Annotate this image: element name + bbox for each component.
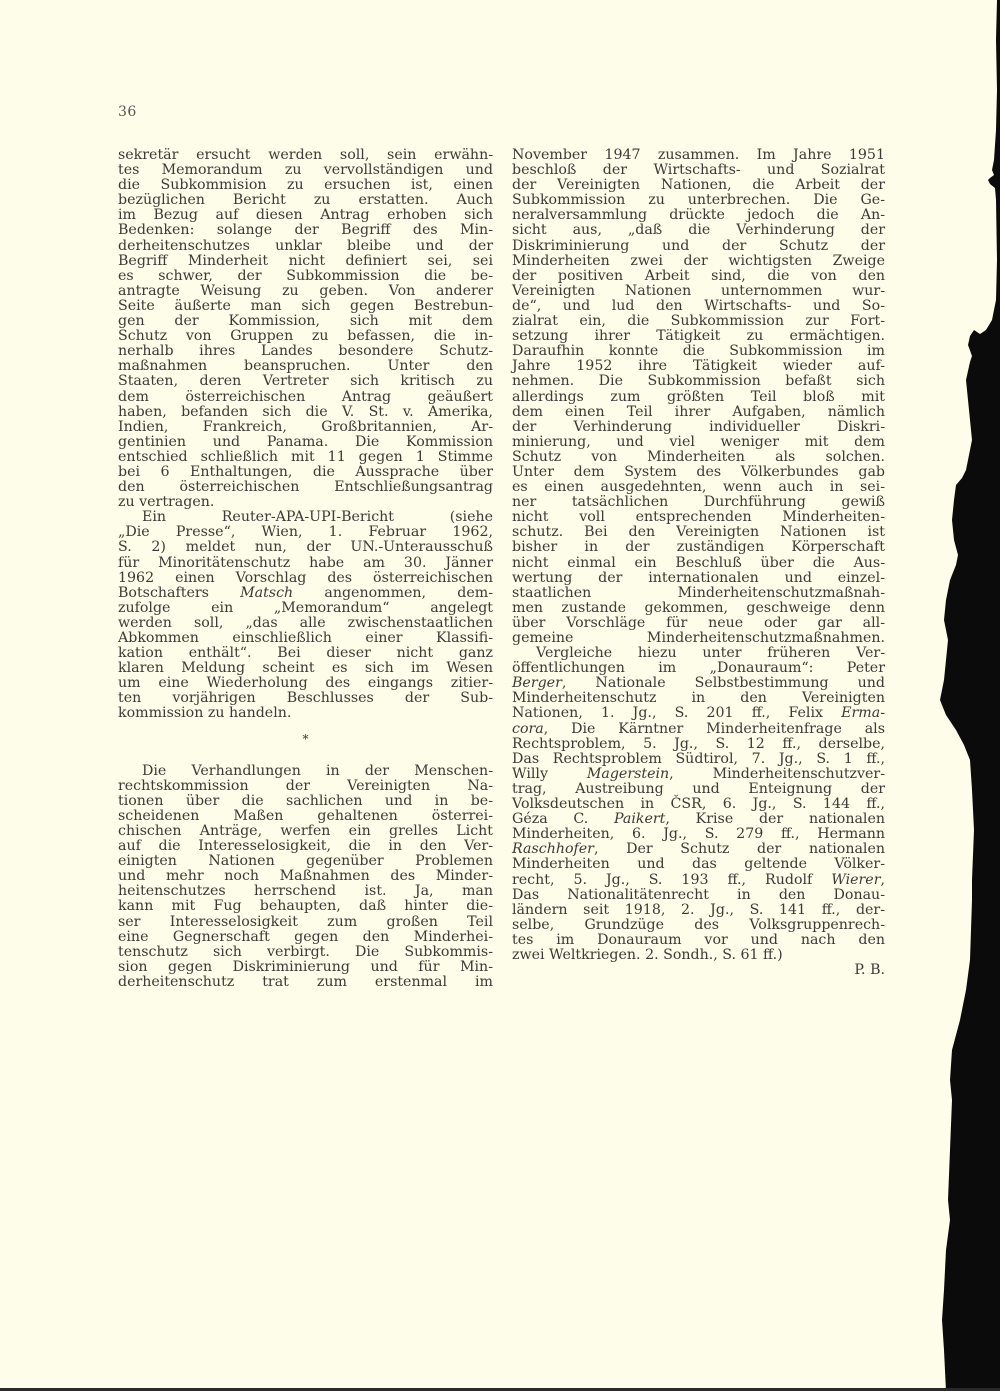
text-line: sekretär ersucht werden soll, sein erwäh…	[118, 148, 493, 163]
text-line: nehmen. Die Subkommission befaßt sich	[512, 374, 885, 389]
text-line: zufolge ein „Memorandum“ angelegt	[118, 601, 493, 616]
text-line: wertung der internationalen und einzel-	[512, 571, 885, 586]
text-line: scheidenen Maßen gehaltenen österrei-	[118, 809, 493, 824]
text-line: Willy Magerstein, Minderheitenschutzver-	[512, 767, 885, 782]
text-fragment: , Krise der nationalen	[665, 811, 885, 827]
author-name: Erma-	[841, 705, 885, 721]
text-line: bei 6 Enthaltungen, die Aussprache über	[118, 465, 493, 480]
text-line: zwei Weltkriegen. 2. Sondh., S. 61 ff.)	[512, 948, 885, 963]
author-name: Raschhofer	[512, 841, 594, 857]
text-line: ser Interesselosigkeit zum großen Teil	[118, 915, 493, 930]
section-divider-asterisk: *	[118, 734, 493, 744]
text-line: einigten Nationen gegenüber Problemen	[118, 854, 493, 869]
text-line: ner tatsächlichen Durchführung gewiß	[512, 495, 885, 510]
text-line: Minderheiten zwei der wichtigsten Zweige	[512, 254, 885, 269]
text-line: tes Memorandum zu vervollständigen und	[118, 163, 493, 178]
text-line: Jahre 1952 ihre Tätigkeit wieder auf-	[512, 359, 885, 374]
text-line: S. 2) meldet nun, der UN.-Unterausschuß	[118, 540, 493, 555]
text-line: selbe, Grundzüge des Volksgruppenrech-	[512, 918, 885, 933]
text-line: über Vorschläge für neue oder gar all-	[512, 616, 885, 631]
text-line: ten vorjährigen Beschlusses der Sub-	[118, 691, 493, 706]
text-line: Géza C. Paikert, Krise der nationalen	[512, 812, 885, 827]
text-line: Unter dem System des Völkerbundes gab	[512, 465, 885, 480]
text-line: trag, Austreibung und Enteignung der	[512, 782, 885, 797]
text-line: Minderheiten und das geltende Völker-	[512, 857, 885, 872]
text-line: entschied schließlich mit 11 gegen 1 Sti…	[118, 450, 493, 465]
text-line: „Die Presse“, Wien, 1. Februar 1962,	[118, 525, 493, 540]
text-line: dem einen Teil ihrer Aufgaben, nämlich	[512, 405, 885, 420]
text-line: der positiven Arbeit sind, die von den	[512, 269, 885, 284]
text-line: sion gegen Diskriminierung und für Min-	[118, 960, 493, 975]
text-line: cora, Die Kärntner Minderheitenfrage als	[512, 722, 885, 737]
author-name: Wierer	[831, 872, 880, 888]
text-line: um eine Wiederholung des eingangs zitier…	[118, 676, 493, 691]
text-line: kann mit Fug behaupten, daß hinter die-	[118, 899, 493, 914]
text-line: beschloß der Wirtschafts- und Sozialrat	[512, 163, 885, 178]
text-fragment: Géza C.	[512, 811, 614, 827]
text-line: 1962 einen Vorschlag des österreichische…	[118, 571, 493, 586]
footnote-references: Vergleiche hiezu unter früheren Ver- öff…	[512, 646, 885, 963]
text-line: Rechtsproblem, 5. Jg., S. 12 ff., dersel…	[512, 737, 885, 752]
text-line: den österreichischen Entschließungsantra…	[118, 480, 493, 495]
text-line: zialrat ein, die Subkommission zur Fort-	[512, 314, 885, 329]
text-fragment: , Nationale Selbstbestimmung und	[562, 675, 885, 691]
text-line: men zustande gekommen, geschweige denn	[512, 601, 885, 616]
paragraph-3: Die Verhandlungen in der Menschen- recht…	[118, 764, 493, 990]
text-line: chischen Anträge, werfen ein grelles Lic…	[118, 824, 493, 839]
text-line: Das Rechtsproblem Südtirol, 7. Jg., S. 1…	[512, 752, 885, 767]
text-line: es schwer, der Subkommission die be-	[118, 269, 493, 284]
text-line: haben, befanden sich die V. St. v. Ameri…	[118, 405, 493, 420]
text-line: setzung ihrer Tätigkeit zu ermächtigen.	[512, 329, 885, 344]
text-line: bisher in der zuständigen Körperschaft	[512, 540, 885, 555]
text-line: nicht einmal ein Beschluß über die Aus-	[512, 556, 885, 571]
text-line: die Subkommision zu ersuchen ist, einen	[118, 178, 493, 193]
text-line: Volksdeutschen in ČSR, 6. Jg., S. 144 ff…	[512, 797, 885, 812]
text-line: Indien, Frankreich, Großbritannien, Ar-	[118, 420, 493, 435]
text-line: Minderheitenschutz in den Vereinigten	[512, 691, 885, 706]
text-line: maßnahmen beanspruchen. Unter den	[118, 359, 493, 374]
text-line: Diskriminierung und der Schutz der	[512, 239, 885, 254]
text-fragment: recht, 5. Jg., S. 193 ff., Rudolf	[512, 872, 831, 888]
text-line: und mehr noch Maßnahmen des Minder-	[118, 869, 493, 884]
torn-page-edge	[900, 0, 1000, 1391]
author-name: Magerstein	[587, 766, 669, 782]
text-line: Schutz von Gruppen zu befassen, die in-	[118, 329, 493, 344]
text-line: nerhalb ihres Landes besondere Schutz-	[118, 344, 493, 359]
text-line: Daraufhin konnte die Subkommission im	[512, 344, 885, 359]
text-line: zu vertragen.	[118, 495, 493, 510]
text-line: kommission zu handeln.	[118, 706, 493, 721]
text-line: Subkommission zu unterbrechen. Die Ge-	[512, 193, 885, 208]
text-fragment: Botschafters	[118, 585, 240, 601]
text-line: recht, 5. Jg., S. 193 ff., Rudolf Wierer…	[512, 873, 885, 888]
text-line: gen der Kommission, sich mit dem	[118, 314, 493, 329]
text-line: tenschutz sich verbirgt. Die Subkommis-	[118, 945, 493, 960]
text-line: es einen ausgedehnten, wenn auch in sei-	[512, 480, 885, 495]
text-line: schutz. Bei den Vereinigten Nationen ist	[512, 525, 885, 540]
text-line: staatlichen Minderheitenschutzmaßnah-	[512, 586, 885, 601]
text-fragment: ,	[880, 872, 885, 888]
text-line: neralversammlung drückte jedoch die An-	[512, 208, 885, 223]
text-line: derheitenschutz trat zum erstenmal im	[118, 975, 493, 990]
author-name: cora	[512, 721, 544, 737]
text-line: Staaten, deren Vertreter sich kritisch z…	[118, 374, 493, 389]
text-line: Botschafters Matsch angenommen, dem-	[118, 586, 493, 601]
text-line: ländern seit 1918, 2. Jg., S. 141 ff., d…	[512, 903, 885, 918]
text-line: heitenschutzes herrschend ist. Ja, man	[118, 884, 493, 899]
text-line: bezüglichen Bericht zu erstatten. Auch	[118, 193, 493, 208]
text-line: November 1947 zusammen. Im Jahre 1951	[512, 148, 885, 163]
text-line: rechtskommission der Vereinigten Na-	[118, 779, 493, 794]
paragraph-4: November 1947 zusammen. Im Jahre 1951 be…	[512, 148, 885, 646]
text-line: antragte Weisung zu geben. Von anderer	[118, 284, 493, 299]
text-line: kation enthält“. Bei dieser nicht ganz	[118, 646, 493, 661]
text-fragment: , Der Schutz der nationalen	[594, 841, 885, 857]
text-line: allerdings zum größten Teil bloß mit	[512, 390, 885, 405]
text-fragment: , Minderheitenschutzver-	[669, 766, 885, 782]
text-line: öffentlichungen im „Donauraum“: Peter	[512, 661, 885, 676]
author-signature: P. B.	[512, 963, 885, 978]
author-name: Berger	[512, 675, 562, 691]
text-fragment: Willy	[512, 766, 587, 782]
text-line: dem österreichischen Antrag geäußert	[118, 390, 493, 405]
author-name: Paikert	[614, 811, 665, 827]
paragraph-2: Ein Reuter-APA-UPI-Bericht (siehe „Die P…	[118, 510, 493, 721]
page-number: 36	[118, 104, 137, 120]
text-line: de“, und lud den Wirtschafts- und So-	[512, 299, 885, 314]
text-line: derheitenschutzes unklar bleibe und der	[118, 239, 493, 254]
text-line: eine Gegnerschaft gegen den Minderhei-	[118, 930, 493, 945]
text-line: Ein Reuter-APA-UPI-Bericht (siehe	[118, 510, 493, 525]
text-line: der Verhinderung individueller Diskri-	[512, 420, 885, 435]
text-line: gentinien und Panama. Die Kommission	[118, 435, 493, 450]
paragraph-1: sekretär ersucht werden soll, sein erwäh…	[118, 148, 493, 510]
right-column: November 1947 zusammen. Im Jahre 1951 be…	[512, 148, 885, 978]
text-line: Seite äußerte man sich gegen Bestrebun-	[118, 299, 493, 314]
text-fragment: , Die Kärntner Minderheitenfrage als	[544, 721, 885, 737]
text-line: klaren Meldung scheint es sich im Wesen	[118, 661, 493, 676]
text-line: Das Nationalitätenrecht in den Donau-	[512, 888, 885, 903]
text-line: Raschhofer, Der Schutz der nationalen	[512, 842, 885, 857]
text-line: der Vereinigten Nationen, die Arbeit der	[512, 178, 885, 193]
text-line: Die Verhandlungen in der Menschen-	[118, 764, 493, 779]
text-line: Minderheiten, 6. Jg., S. 279 ff., Herman…	[512, 827, 885, 842]
emphasized-name: Matsch	[240, 585, 293, 601]
text-line: sicht aus, „daß die Verhinderung der	[512, 223, 885, 238]
text-line: Vereinigten Nationen unternommen wur-	[512, 284, 885, 299]
text-line: minierung, und viel weniger mit dem	[512, 435, 885, 450]
text-line: Vergleiche hiezu unter früheren Ver-	[512, 646, 885, 661]
text-fragment: Nationen, 1. Jg., S. 201 ff., Felix	[512, 705, 841, 721]
text-fragment: angenommen, dem-	[293, 585, 493, 601]
text-line: Begriff Minderheit nicht definiert sei, …	[118, 254, 493, 269]
text-line: nicht voll entsprechenden Minderheiten-	[512, 510, 885, 525]
text-line: auf die Interesselosigkeit, die in den V…	[118, 839, 493, 854]
left-column: sekretär ersucht werden soll, sein erwäh…	[118, 148, 493, 990]
text-line: tionen über die sachlichen und in be-	[118, 794, 493, 809]
text-line: werden soll, „das alle zwischenstaatlich…	[118, 616, 493, 631]
text-line: Abkommen einschließlich einer Klassifi-	[118, 631, 493, 646]
text-line: für Minoritätenschutz habe am 30. Jänner	[118, 556, 493, 571]
text-line: tes im Donauraum vor und nach den	[512, 933, 885, 948]
text-line: Bedenken: solange der Begriff des Min-	[118, 223, 493, 238]
text-line: im Bezug auf diesen Antrag erhoben sich	[118, 208, 493, 223]
text-line: gemeine Minderheitenschutzmaßnahmen.	[512, 631, 885, 646]
text-line: Berger, Nationale Selbstbestimmung und	[512, 676, 885, 691]
text-line: Schutz von Minderheiten als solchen.	[512, 450, 885, 465]
text-line: Nationen, 1. Jg., S. 201 ff., Felix Erma…	[512, 706, 885, 721]
